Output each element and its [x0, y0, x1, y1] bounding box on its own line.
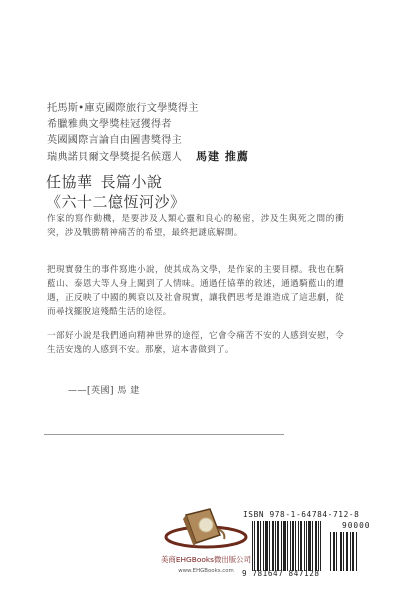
blurb-paragraph: 作家的寫作動機，是要涉及人類心靈和良心的秘密，涉及生與死之間的衝突，涉及戰勝精神…: [47, 213, 344, 241]
isbn-label: ISBN 978-1-64784-712-8: [243, 510, 359, 519]
author-line: 任協華長篇小說: [46, 171, 163, 192]
isbn-barcode: ISBN 978-1-64784-712-8 90000 9 781647 84…: [242, 508, 372, 580]
recommender: 馬建 推薦: [196, 150, 249, 163]
price-code: 90000: [342, 521, 370, 530]
blurb-paragraph: 把現實發生的事件寫進小說，使其成為文學，是作家的主要目標。我也在騎藍山、泰恩大等…: [47, 264, 344, 320]
divider: [44, 434, 284, 435]
book-icon: [158, 505, 254, 553]
endorsement-line: 托馬斯•庫克國際旅行文學獎得主: [47, 101, 249, 117]
endorsement-line: 英國國際言論自由圖書獎得主: [47, 133, 249, 149]
endorsement-line: 希臘雅典文學獎桂冠獲得者: [47, 117, 249, 133]
endorsement-block: 托馬斯•庫克國際旅行文學獎得主 希臘雅典文學獎桂冠獲得者 英國國際言論自由圖書獎…: [47, 101, 249, 166]
genre: 長篇小說: [101, 173, 163, 191]
author-name: 任協華: [46, 173, 93, 191]
signature: ——[英國] 馬 建: [68, 383, 140, 396]
barcode-bars: [252, 521, 321, 571]
price-barcode-bars: [330, 532, 357, 571]
book-title: 《六十二億恆河沙》: [46, 191, 186, 212]
endorsement-line: 瑞典諾貝爾文學獎提名候選人馬建 推薦: [47, 149, 249, 166]
endorsement-line-text: 瑞典諾貝爾文學獎提名候選人: [47, 152, 182, 163]
blurb-paragraph: 一部好小說是我們通向精神世界的途徑，它會令痛苦不安的人感到安慰，令生活安逸的人感…: [47, 330, 344, 358]
barcode-digits: 9 781647 847128: [242, 569, 320, 578]
